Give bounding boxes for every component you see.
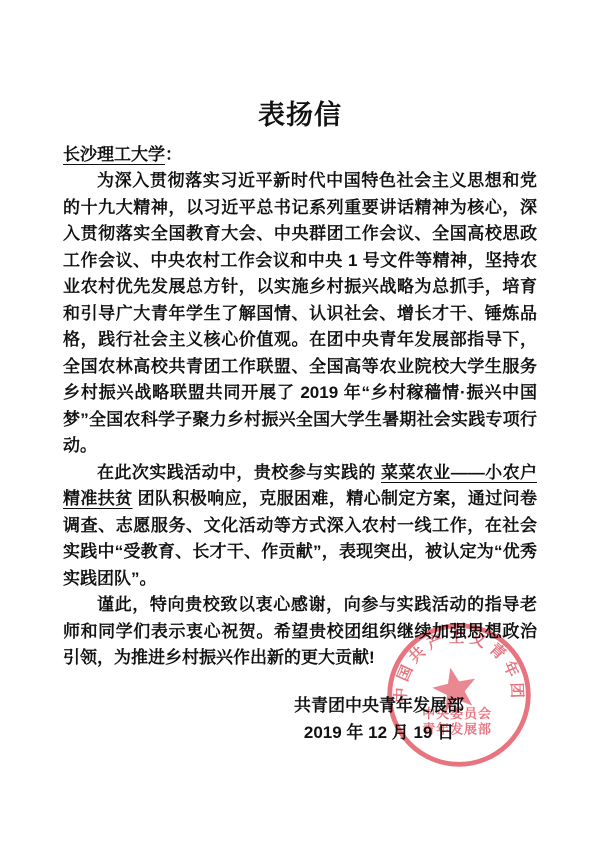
paragraph-2-rest: 团队积极响应，克服困难，精心制定方案，通过问卷调查、志愿服务、文化活动等方式深入… [63,489,537,588]
signature-block: 共青团中央青年发展部 2019 年 12 月 19 日 [287,692,471,746]
paragraph-2-lead: 在此次实践活动中，贵校参与实践的 [97,463,381,482]
paragraph-1: 为深入贯彻落实习近平新时代中国特色社会主义思想和党的十九大精神，以习近平总书记系… [63,168,537,460]
paragraph-2: 在此次实践活动中，贵校参与实践的 菜菜农业——小农户精准扶贫 团队积极响应，克服… [63,460,537,593]
letter-title: 表扬信 [63,100,537,131]
signature-date: 2019 年 12 月 19 日 [287,719,471,746]
signature-department: 共青团中央青年发展部 [287,692,471,719]
commendation-letter-page: 表扬信 长沙理工大学： 为深入贯彻落实习近平新时代中国特色社会主义思想和党的十九… [0,0,600,848]
salutation-colon: ： [165,145,182,164]
recipient-name: 长沙理工大学 [63,145,165,164]
paragraph-3: 谨此，特向贵校致以衷心感谢，向参与实践活动的指导老师和同学们表示衷心祝贺。希望贵… [63,592,537,672]
salutation-line: 长沙理工大学： [63,141,537,168]
